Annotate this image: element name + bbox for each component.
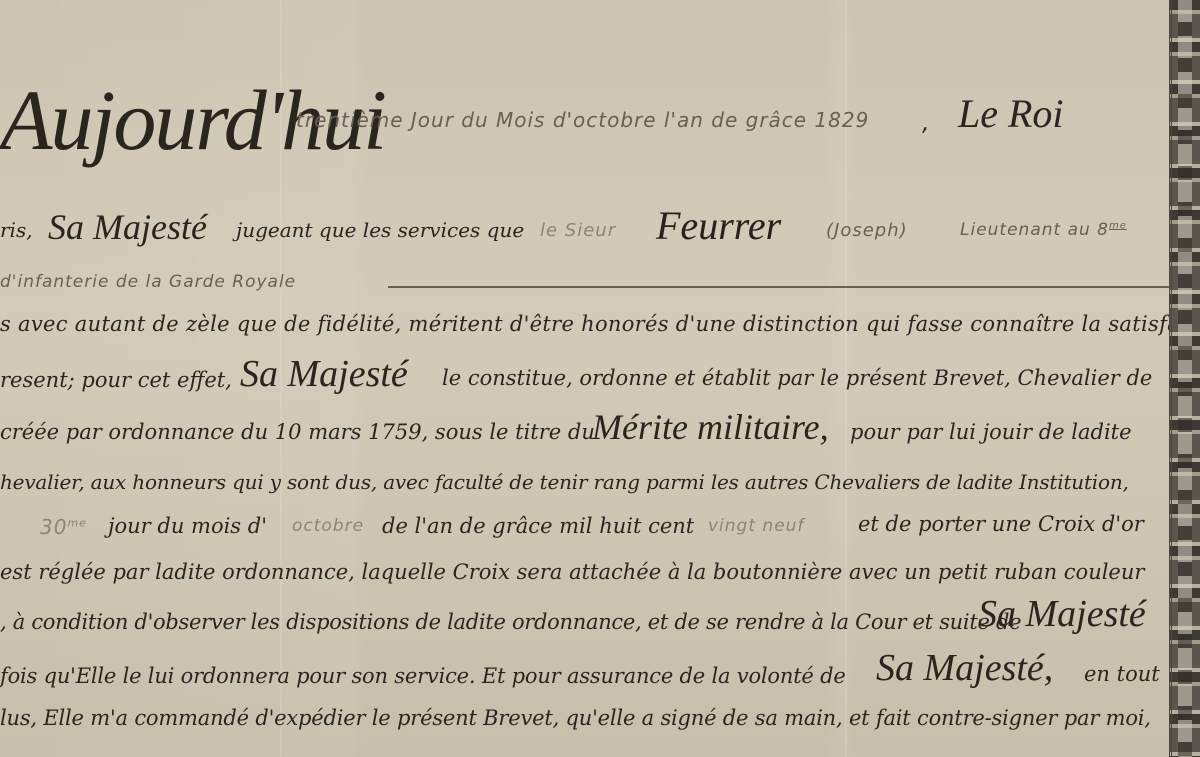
sa-majeste: Sa Majesté, — [876, 646, 1053, 690]
filled-name-feurrer: Feurrer — [656, 202, 781, 249]
text-resent: resent; pour cet effet, — [0, 368, 232, 392]
fill-rule — [388, 286, 1174, 288]
text-jugeant: jugeant que les services que — [236, 218, 524, 242]
date-separator: , — [922, 108, 931, 136]
text-assurance: fois qu'Elle le lui ordonnera pour son s… — [0, 664, 846, 688]
filled-rank: Lieutenant au 8me — [960, 220, 1127, 240]
text-constitue: le constitue, ordonne et établit par le … — [442, 366, 1152, 390]
filled-sieur: le Sieur — [540, 220, 616, 241]
text-commande: lus, Elle m'a commandé d'expédier le pré… — [0, 706, 1151, 730]
sa-majeste: Sa Majesté — [978, 592, 1146, 636]
filled-unit: d'infanterie de la Garde Royale — [0, 272, 296, 292]
filled-year: vingt neuf — [708, 516, 804, 536]
filled-day: 30me — [40, 515, 87, 539]
parchment-document: Aujourd'hui trentième Jour du Mois d'oct… — [0, 0, 1176, 757]
filled-firstname: (Joseph) — [826, 220, 908, 241]
text-ris: ris, — [0, 218, 33, 242]
engraved-border — [1169, 0, 1200, 757]
text-reglee: est réglée par ladite ordonnance, laquel… — [0, 560, 1144, 584]
text-en-tout: en tout — [1084, 662, 1160, 686]
filled-date: trentième Jour du Mois d'octobre l'an de… — [296, 108, 869, 132]
text-jour-du-mois: jour du mois d' — [108, 514, 267, 538]
text-an-de-grace: de l'an de grâce mil huit cent — [382, 514, 694, 538]
text-jouir: pour par lui jouir de ladite — [850, 420, 1132, 444]
text-creee: créée par ordonnance du 10 mars 1759, so… — [0, 420, 595, 444]
border-ornament — [1178, 0, 1192, 757]
text-croix-dor: et de porter une Croix d'or — [858, 512, 1144, 536]
order-merite-militaire: Mérite militaire, — [592, 406, 829, 448]
sa-majeste: Sa Majesté — [48, 206, 207, 248]
filled-month: octobre — [292, 516, 364, 536]
text-condition: , à condition d'observer les disposition… — [0, 610, 1021, 634]
sa-majeste: Sa Majesté — [240, 352, 408, 396]
text-line-zele: s avec autant de zèle que de fidélité, m… — [0, 312, 1200, 336]
text-chevalier: hevalier, aux honneurs qui y sont dus, a… — [0, 470, 1129, 494]
le-roi: Le Roi — [958, 90, 1064, 137]
